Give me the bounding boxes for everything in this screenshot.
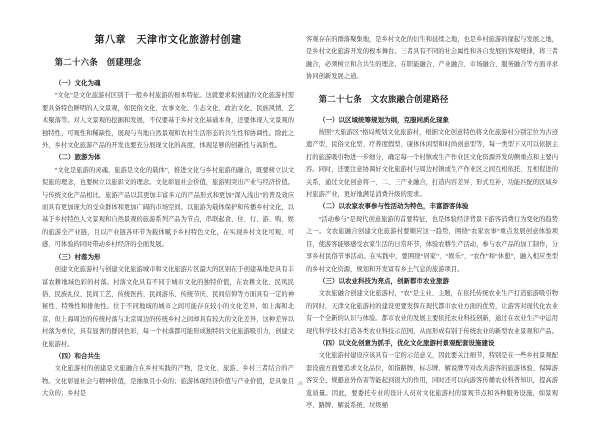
section-heading: （三）以农业科技为亮点，创新都市农业旅游 (306, 276, 558, 288)
left-column: 第八章 天津市文化旅游村创建 第二十六条 创建理念 （一）文化为魂 “文化”是文… (42, 34, 294, 423)
section-paragraph: “文化”是文化旅游村区别于一般乡村旅游的根本特征。这就要求拟创建的文化旅游村需要… (42, 90, 294, 152)
section-paragraph: 按照“大旅游区”格局规划文化旅游村，根据文化创意特色将文化旅游村分别定位为古迹遗… (306, 127, 558, 201)
section-heading: （一）文化为魂 (42, 78, 294, 90)
chapter-title: 第八章 天津市文化旅游村创建 (42, 34, 294, 47)
section-paragraph: 创建文化旅游村与创建文化旅游城市和文化旅游片区最大的区别在于创建基地是具有丰富农… (42, 264, 294, 351)
article-heading-27: 第二十七条 文农旅融合创建路径 (306, 93, 558, 106)
section-heading: （二）以农家农事参与性活动为特色，丰富游客体验 (306, 201, 558, 213)
continuation-paragraph: 客观存在的群落聚集地，是乡村文化的衍生和延续之地，也是乡村旅游的缘起与发展之地，… (306, 34, 558, 84)
section-paragraph: “活动参与”是现代创意旅游的首要特征，也是体验经济背景下游客消费行为变化的趋势之… (306, 214, 558, 276)
section-heading: （一）以区域统筹规划为纲，克服同质化现象 (306, 115, 558, 127)
section-heading: （二）旅游为体 (42, 152, 294, 164)
document-page: 第八章 天津市文化旅游村创建 第二十六条 创建理念 （一）文化为魂 “文化”是文… (0, 0, 600, 423)
section-paragraph: “文化是旅游的灵魂，旅游是文化的载体”，推进文化与乡村旅游的融合，既要树立以文促… (42, 165, 294, 252)
right-column: 客观存在的群落聚集地，是乡村文化的衍生和延续之地，也是乡村旅游的缘起与发展之地，… (306, 34, 558, 423)
article-heading-26: 第二十六条 创建理念 (42, 56, 294, 69)
page-number: 28 (0, 381, 600, 388)
section-paragraph: 文农旅融合创建文化旅游村，“农”是主业、主题，在依托传统农业生产打造旅游吸引物的… (306, 288, 558, 338)
section-heading: （三）村落为形 (42, 252, 294, 264)
section-heading: （四）以文化创意为抓手，优化文化旅游村景观配套设施建设 (306, 338, 558, 350)
section-heading: （四）和合共生 (42, 351, 294, 363)
